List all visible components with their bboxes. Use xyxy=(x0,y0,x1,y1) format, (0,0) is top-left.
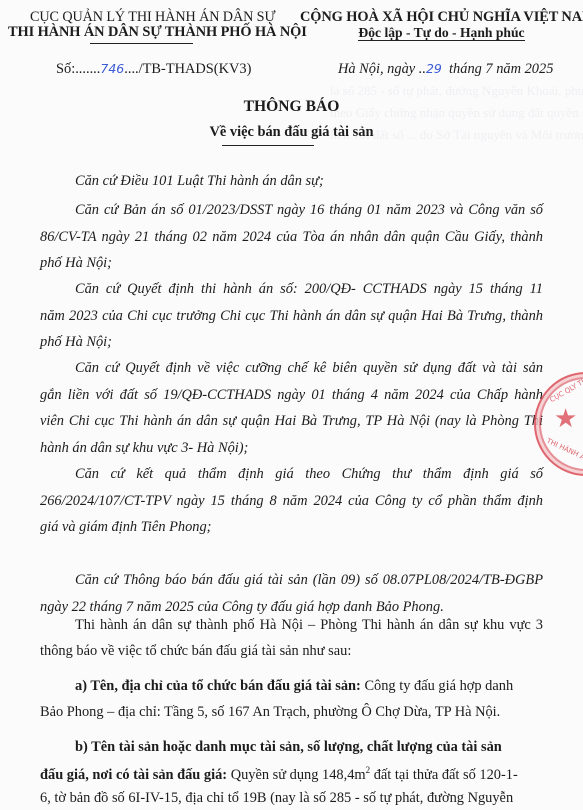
legal-basis-2-line-3: phố Hà Nội; xyxy=(40,255,112,272)
intro-line-2: thông báo về việc tổ chức bán đấu giá tà… xyxy=(40,643,351,660)
section-b-text-b: đất tại thửa đất số 120-1- xyxy=(370,767,518,783)
section-b-line-3: 6, tờ bản đồ số 6I-IV-15, địa chỉ tổ 19B… xyxy=(40,790,513,807)
doc-number-handwritten: 746 xyxy=(100,61,124,76)
document-date: Hà Nội, ngày ..29 tháng 7 năm 2025 xyxy=(338,61,553,78)
legal-basis-4-line-2: gắn liền với đất số 19/QĐ-CCTHADS ngày 0… xyxy=(40,387,543,404)
subtitle-divider xyxy=(222,145,314,146)
agency-name: THI HÀNH ÁN DÂN SỰ THÀNH PHỐ HÀ NỘI xyxy=(8,24,298,41)
section-a-line-1: a) Tên, địa chỉ của tổ chức bán đấu giá … xyxy=(75,678,513,695)
national-title: CỘNG HOÀ XÃ HỘI CHỦ NGHĨA VIỆT NAM xyxy=(300,9,583,26)
section-b-label-line-1: b) Tên tài sản hoặc danh mục tài sản, số… xyxy=(75,739,502,756)
legal-basis-6-line-2: ngày 22 tháng 7 năm 2025 của Công ty đấu… xyxy=(40,599,444,616)
intro-line-1: Thi hành án dân sự thành phố Hà Nội – Ph… xyxy=(75,617,543,634)
legal-basis-6-line-1: Căn cứ Thông báo bán đấu giá tài sản (lầ… xyxy=(75,572,543,589)
legal-basis-5-line-2: 266/2024/107/CT-TPV ngày 15 tháng 8 năm … xyxy=(40,493,543,510)
document-subtitle: Về việc bán đấu giá tài sản xyxy=(0,124,583,141)
section-a-label: a) Tên, địa chỉ của tổ chức bán đấu giá … xyxy=(75,678,361,694)
header-left-divider xyxy=(90,43,193,44)
star-icon: ★ xyxy=(554,404,577,434)
national-motto-text: Độc lập - Tự do - Hạnh phúc xyxy=(358,25,524,41)
legal-basis-4-line-4: hành án dân sự khu vực 3- Hà Nội); xyxy=(40,440,248,457)
doc-number-prefix: Số:....... xyxy=(56,61,100,77)
document-title: THÔNG BÁO xyxy=(0,98,583,116)
document-number: Số:.......746..../TB-THADS(KV3) xyxy=(56,61,251,78)
date-prefix: Hà Nội, ngày .. xyxy=(338,61,426,77)
legal-basis-4-line-1: Căn cứ Quyết định về việc cưỡng chế kê b… xyxy=(75,360,543,377)
seal-text-bottom: THI HÀNH ÁN DÂN xyxy=(545,437,583,471)
section-b-text-a: Quyền sử dụng 148,4m xyxy=(227,767,366,783)
section-b-line-2: đấu giá, nơi có tài sản đấu giá: Quyền s… xyxy=(40,765,518,784)
section-b-label: đấu giá, nơi có tài sản đấu giá: xyxy=(40,767,227,783)
national-motto: Độc lập - Tự do - Hạnh phúc xyxy=(300,25,583,41)
legal-basis-5-line-3: giá và giám định Tiên Phong; xyxy=(40,519,211,536)
legal-basis-2-line-1: Căn cứ Bản án số 01/2023/DSST ngày 16 th… xyxy=(75,202,543,219)
legal-basis-3-line-3: phố Hà Nội; xyxy=(40,334,112,351)
legal-basis-1-line-1: Căn cứ Điều 101 Luật Thi hành án dân sự; xyxy=(75,173,324,190)
date-handwritten-day: 29 xyxy=(426,61,442,76)
date-suffix: tháng 7 năm 2025 xyxy=(442,61,554,77)
legal-basis-3-line-1: Căn cứ Quyết định thi hành án số: 200/QĐ… xyxy=(75,281,543,298)
show-through-text: là số 285 - số tự phát, đường Nguyễn Kho… xyxy=(330,83,583,99)
legal-basis-3-line-2: năm 2023 của Chi cục trưởng Chi cục Thi … xyxy=(40,308,543,325)
legal-basis-4-line-3: viên Chi cục Thi hành án dân sự quận Hai… xyxy=(40,413,543,430)
document-page: là số 285 - số tự phát, đường Nguyễn Kho… xyxy=(0,0,583,810)
legal-basis-5-line-1: Căn cứ kết quả thẩm định giá theo Chứng … xyxy=(75,466,543,483)
section-a-line-2: Bảo Phong – địa chỉ: Tầng 5, số 167 An T… xyxy=(40,704,500,721)
legal-basis-2-line-2: 86/CV-TA ngày 21 tháng 02 năm 2024 của T… xyxy=(40,229,543,246)
section-a-text: Công ty đấu giá hợp danh xyxy=(361,678,513,694)
doc-number-suffix: ..../TB-THADS(KV3) xyxy=(124,61,251,77)
seal-text-top: CỤC QLY THI HÀNH xyxy=(548,364,583,404)
